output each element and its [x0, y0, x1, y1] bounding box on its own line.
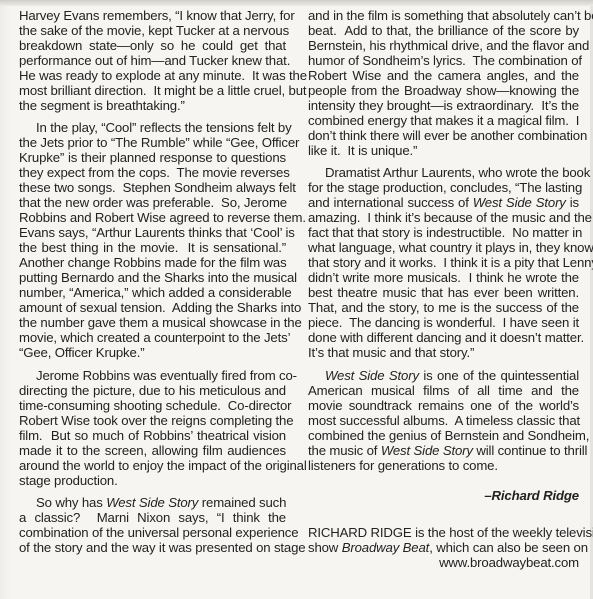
- text-line: listeners for generations to come.: [308, 458, 579, 474]
- text-span: , which can also be seen on: [429, 540, 588, 555]
- text-line: Krupke” is their planned response to que…: [19, 150, 286, 166]
- text-line: best theatre music that has ever been wr…: [308, 285, 579, 301]
- text-line: intensity they brought—is extraordinary.…: [308, 98, 579, 114]
- text-span: is one of the quintessential: [419, 368, 579, 383]
- text-span: So why has: [36, 495, 106, 510]
- website-url: www.broadwaybeat.com: [308, 555, 579, 571]
- text-line: show Broadway Beat, which can also be se…: [308, 540, 579, 556]
- text-span: show: [308, 540, 342, 555]
- text-line: time-consuming shooting schedule. Co-dir…: [19, 398, 286, 414]
- text-line: what language, what country it plays in,…: [308, 240, 579, 256]
- text-line: like it. It is unique.”: [308, 143, 579, 159]
- text-line: didn’t write more musicals. I think he w…: [308, 270, 579, 286]
- text-line: Harvey Evans remembers, “I know that Jer…: [19, 8, 286, 24]
- text-line: Robert Wise took over the reigns complet…: [19, 413, 286, 429]
- text-line: breakdown state—only so he could get tha…: [19, 38, 286, 54]
- text-line: the segment is breathtaking.”: [19, 98, 286, 114]
- text-line: for the stage production, concludes, “Th…: [308, 180, 579, 196]
- text-line: done with different dancing and it doesn…: [308, 330, 579, 346]
- text-line: piece. The dancing is wonderful. I have …: [308, 315, 579, 331]
- text-line: Another change Robbins made for the film…: [19, 255, 286, 271]
- text-line: film. But so much of Robbins’ theatrical…: [19, 428, 286, 444]
- text-line: fact that that story is indestructible. …: [308, 225, 579, 241]
- text-line: a classic? Marni Nixon says, “I think th…: [19, 510, 286, 526]
- page-left-edge: [0, 6, 11, 599]
- text-line: the sake of the movie, kept Tucker at a …: [19, 23, 286, 39]
- text-line: movie soundtrack remains one of the worl…: [308, 398, 579, 414]
- text-line: He was ready to explode at any minute. I…: [19, 68, 286, 84]
- text-line: the number gave them a musical showcase …: [19, 315, 286, 331]
- text-line: American musical films of all time and t…: [308, 383, 579, 399]
- text-line: people from the Broadway show—knowing th…: [308, 83, 579, 99]
- text-line: humor of Sondheim’s lyrics. The combinat…: [308, 53, 579, 69]
- text-line: these two songs. Stephen Sondheim always…: [19, 180, 286, 196]
- text-line: most successful albums. A timeless class…: [308, 413, 579, 429]
- text-line: the music of West Side Story will contin…: [308, 443, 579, 459]
- show-title-italic: Broadway Beat: [342, 540, 429, 555]
- text-line: amazing. I think it’s because of the mus…: [308, 210, 579, 226]
- text-line: Bernstein, his rhythmical drive, and the…: [308, 38, 579, 54]
- text-line: RICHARD RIDGE is the host of the weekly …: [308, 525, 579, 541]
- text-span: will continue to thrill: [473, 443, 587, 458]
- text-span: remained such: [198, 495, 286, 510]
- page-top-edge: [0, 0, 593, 6]
- text-line: number, “America,” which added a conside…: [19, 285, 286, 301]
- title-italic: West Side Story: [381, 443, 473, 458]
- text-span: and international success of: [308, 195, 473, 210]
- text-line: the best thing in the movie. It is sensa…: [19, 240, 286, 256]
- text-line: Robert Wise and the camera angles, and t…: [308, 68, 579, 84]
- text-line: West Side Story is one of the quintessen…: [308, 368, 579, 384]
- text-line: Robbins and Robert Wise agreed to revers…: [19, 210, 286, 226]
- text-line: beat. Add to that, the brilliance of the…: [308, 23, 579, 39]
- text-line: combination of the universal personal ex…: [19, 525, 286, 541]
- text-line: “Gee, Officer Krupke.”: [19, 345, 286, 361]
- text-line: amount of sexual tension. Adding the Sha…: [19, 300, 286, 316]
- text-line: that the new order was preferable. So, J…: [19, 195, 286, 211]
- text-line: and international success of West Side S…: [308, 195, 579, 211]
- text-line: made it to the screen, allowing film aud…: [19, 443, 286, 459]
- text-line: It’s that music and that story.”: [308, 345, 579, 361]
- text-line: the Jets prior to “The Rumble” while “Ge…: [19, 135, 286, 151]
- text-line: stage production.: [19, 473, 286, 489]
- title-italic: West Side Story: [473, 195, 566, 210]
- title-italic: West Side Story: [325, 368, 419, 383]
- text-line: directing the picture, due to his meticu…: [19, 383, 286, 399]
- text-line: of the story and the way it was presente…: [19, 540, 286, 556]
- text-line: In the play, “Cool” reflects the tension…: [19, 120, 286, 136]
- title-italic: West Side Story: [106, 495, 198, 510]
- text-line: performance out of him—and Tucker knew t…: [19, 53, 286, 69]
- text-line: Jerome Robbins was eventually fired from…: [19, 368, 286, 384]
- text-line: That, and the story, to me is the succes…: [308, 300, 579, 316]
- text-line: don’t think there will ever be another c…: [308, 128, 579, 144]
- text-line: that story and it works. I think it is a…: [308, 255, 579, 271]
- text-line: they expect from the cops. The movie rev…: [19, 165, 286, 181]
- text-line: Evans says, “Arthur Laurents thinks that…: [19, 225, 286, 241]
- text-line: putting Bernardo and the Sharks into the…: [19, 270, 286, 286]
- text-line: around the world to enjoy the impact of …: [19, 458, 286, 474]
- author-signature: –Richard Ridge: [308, 488, 579, 504]
- text-line: most brilliant direction. It might be a …: [19, 83, 286, 99]
- text-line: combined the genius of Bernstein and Son…: [308, 428, 579, 444]
- text-line: and in the film is something that absolu…: [308, 8, 579, 24]
- text-line: Dramatist Arthur Laurents, who wrote the…: [308, 165, 579, 181]
- text-line: So why has West Side Story remained such: [19, 495, 286, 511]
- text-span: is: [566, 195, 579, 210]
- text-span: the music of: [308, 443, 381, 458]
- text-line: movie, which created a counterpoint to t…: [19, 330, 286, 346]
- text-line: combined energy that makes it a magical …: [308, 113, 579, 129]
